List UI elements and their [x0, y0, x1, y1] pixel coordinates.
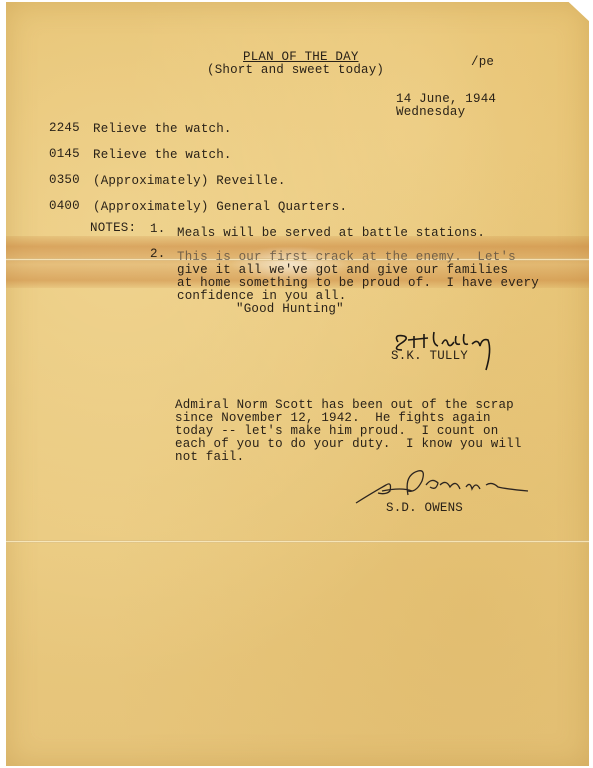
message-line: not fail.	[175, 451, 244, 464]
note-number: 1.	[150, 223, 165, 236]
reference-initials: /pe	[471, 56, 494, 69]
document-subtitle: (Short and sweet today)	[207, 64, 384, 77]
notes-closing: "Good Hunting"	[236, 303, 344, 316]
signatory-name: S.K. TULLY	[391, 350, 468, 363]
schedule-time: 0350	[49, 174, 80, 187]
schedule-time: 2245	[49, 122, 80, 135]
notes-label: NOTES:	[90, 222, 136, 235]
schedule-event: Relieve the watch.	[93, 123, 232, 136]
signatory-name: S.D. OWENS	[386, 502, 463, 515]
note-number: 2.	[150, 248, 165, 261]
schedule-event: (Approximately) General Quarters.	[93, 201, 347, 214]
document-paper	[6, 2, 589, 766]
note-text: Meals will be served at battle stations.	[177, 227, 485, 240]
schedule-time: 0145	[49, 148, 80, 161]
document-weekday: Wednesday	[396, 106, 465, 119]
schedule-event: Relieve the watch.	[93, 149, 232, 162]
schedule-event: (Approximately) Reveille.	[93, 175, 286, 188]
fold-line	[6, 540, 589, 543]
schedule-time: 0400	[49, 200, 80, 213]
